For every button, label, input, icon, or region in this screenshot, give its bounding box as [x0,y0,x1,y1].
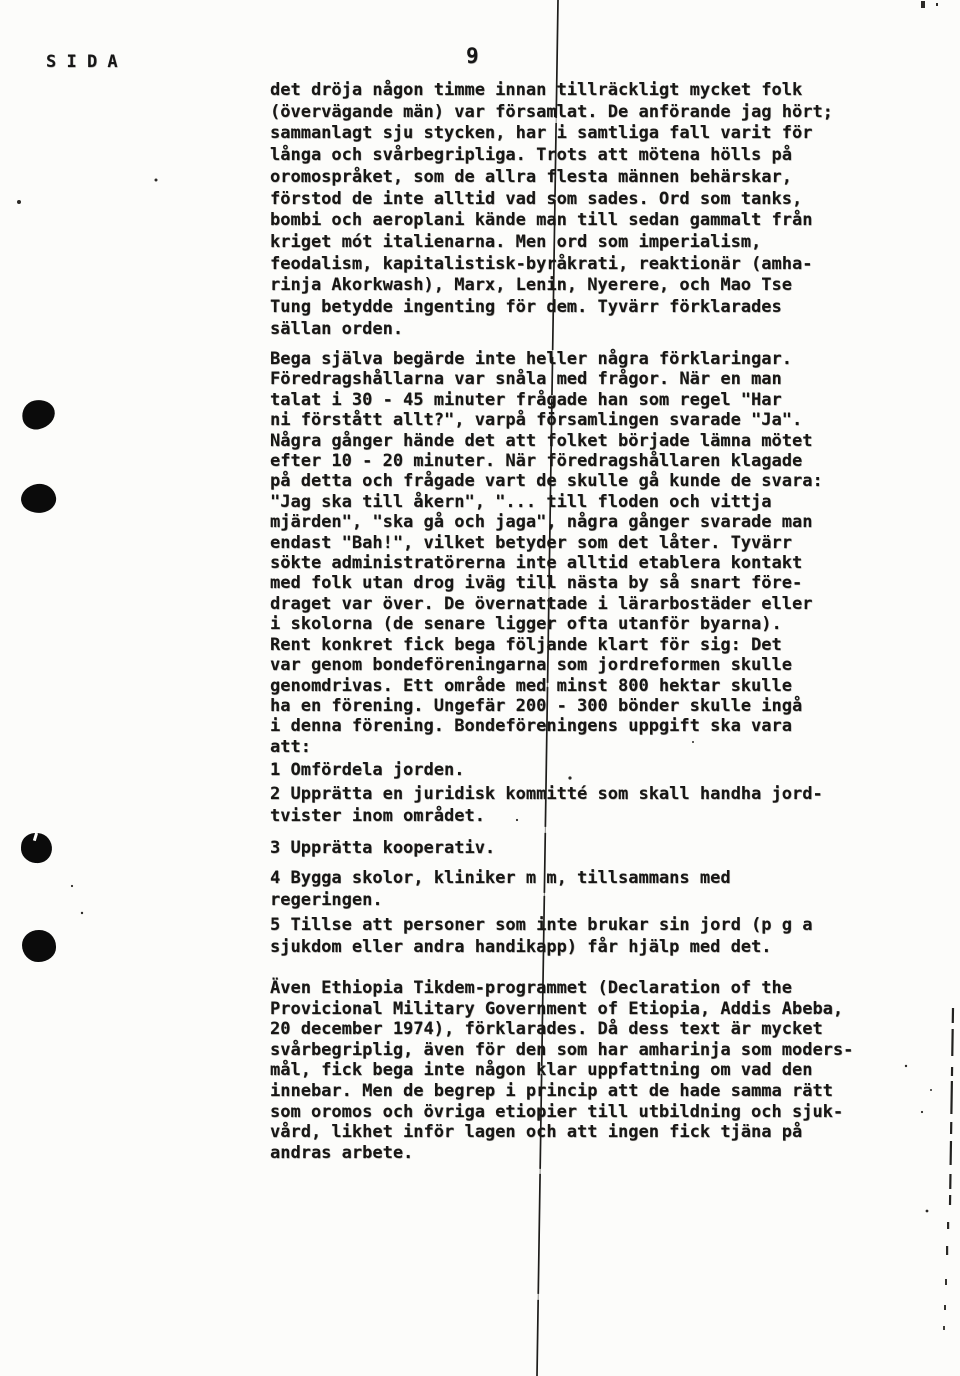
right-margin-dashed-line [943,1008,953,1330]
punch-hole-dot-3 [20,832,53,865]
punch-hole-dot-2 [19,482,58,516]
paragraph-tikdem-programme: Även Ethiopia Tikdem-programmet (Declara… [270,978,853,1163]
list-item-1: 1 Omfördela jorden. [270,760,464,782]
page-number: 9 [466,44,479,68]
list-item-5: 5 Tillse att personer som inte brukar si… [270,915,812,958]
list-item-2: 2 Upprätta en juridisk kommitté som skal… [270,784,823,827]
list-item-4: 4 Bygga skolor, kliniker m m, tillsamman… [270,868,731,911]
paragraph-meetings-language: det dröja någon timme innan tillräckligt… [270,80,833,340]
paragraph-lectures-land-reform: Bega själva begärde inte heller några fö… [270,349,823,757]
punch-hole-dot-4 [22,930,56,962]
punch-hole-dot-1 [19,397,57,432]
list-item-3: 3 Upprätta kooperativ. [270,838,495,860]
scanned-document-page: S I D A 9 det dröja någon timme innan ti… [0,0,960,1376]
hole-paper-notch [33,833,38,842]
header-label-sida: S I D A [46,52,118,72]
